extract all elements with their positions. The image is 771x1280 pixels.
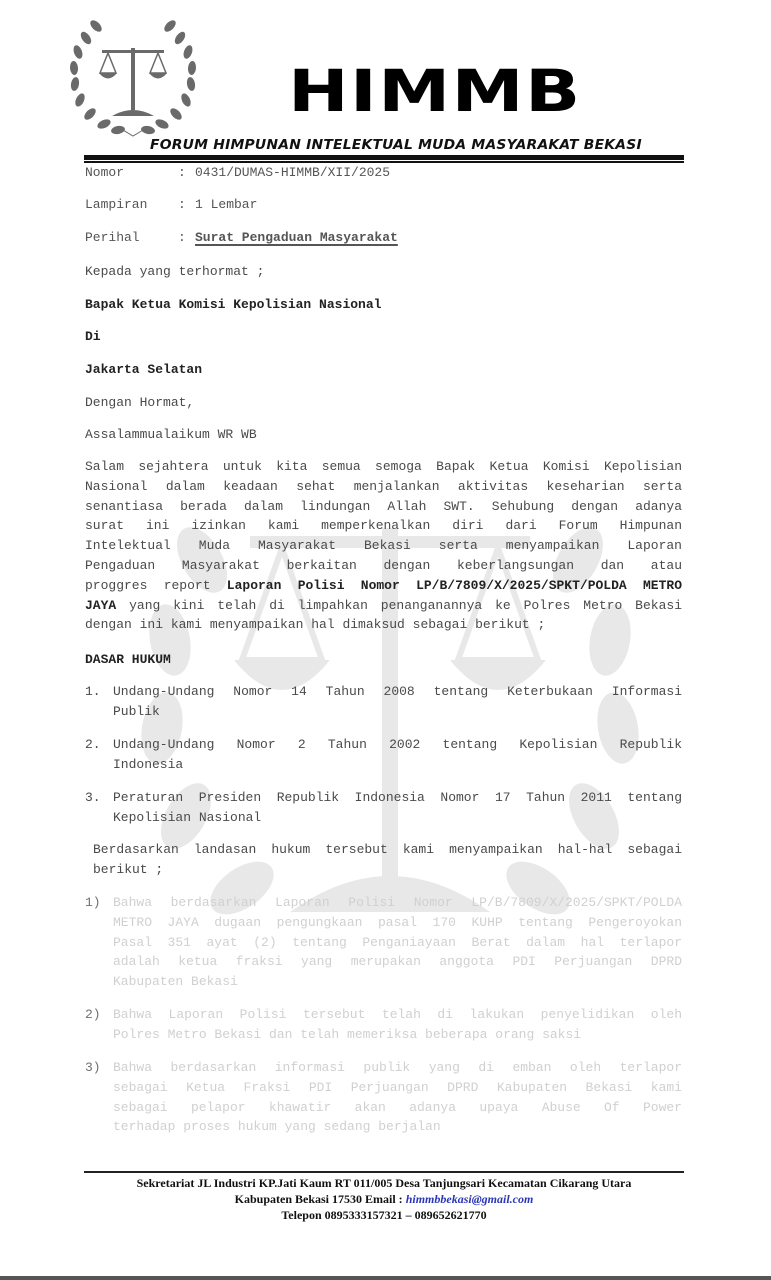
intro-line: Intelektual Muda Masyarakat Bekasi serta… bbox=[85, 536, 682, 556]
item-line: Peraturan Presiden Republik Indonesia No… bbox=[113, 788, 682, 808]
greeting-hormat: Dengan Hormat, bbox=[85, 393, 194, 413]
intro-line: dengan ini kami menyampaikan hal dimaksu… bbox=[85, 615, 682, 635]
intro-line: surat ini izinkan kami memperkenalkan di… bbox=[85, 516, 682, 536]
lampiran-colon: : bbox=[178, 197, 186, 212]
perihal-colon: : bbox=[178, 230, 186, 245]
letter-page: HIMMB FORUM HIMPUNAN INTELEKTUAL MUDA MA… bbox=[0, 0, 771, 1276]
item-number: 3. bbox=[85, 788, 101, 808]
intro-paragraph: Salam sejahtera untuk kita semua semoga … bbox=[85, 457, 682, 635]
transition-line: Berdasarkan landasan hukum tersebut kami… bbox=[93, 840, 682, 860]
nomor-label: Nomor bbox=[85, 165, 124, 180]
item-line: Undang-Undang Nomor 14 Tahun 2008 tentan… bbox=[113, 682, 682, 702]
point-line: Pasal 351 ayat (2) tentang Penganiayaan … bbox=[113, 933, 682, 953]
nomor-value: 0431/DUMAS-HIMMB/XII/2025 bbox=[195, 165, 390, 180]
footer-contact: Kabupaten Bekasi 17530 Email : himmbbeka… bbox=[84, 1191, 684, 1207]
point-line: Polres Metro Bekasi dan telah memeriksa … bbox=[113, 1025, 682, 1045]
item-line: Publik bbox=[113, 702, 682, 722]
salutation: Kepada yang terhormat ; bbox=[85, 262, 264, 282]
intro-line-report: proggres report Laporan Polisi Nomor LP/… bbox=[85, 576, 682, 596]
point-line: terhadap proses hukum yang sedang berjal… bbox=[113, 1117, 682, 1137]
nomor-colon: : bbox=[178, 165, 186, 180]
point-number: 3) bbox=[85, 1058, 101, 1078]
footer-phone: Telepon 0895333157321 – 089652621770 bbox=[84, 1207, 684, 1223]
intro-jaya-rest: yang kini telah di limpahkan penanganann… bbox=[116, 598, 682, 613]
perihal-value: Surat Pengaduan Masyarakat bbox=[195, 230, 398, 245]
police-report-number-end: JAYA bbox=[85, 598, 116, 613]
header-rule-thin bbox=[84, 161, 684, 163]
point-line: Kabupaten Bekasi bbox=[113, 972, 682, 992]
recipient-city: Jakarta Selatan bbox=[85, 360, 202, 380]
point-number: 2) bbox=[85, 1005, 101, 1025]
footer-rule bbox=[84, 1171, 684, 1173]
intro-line-jaya: JAYA yang kini telah di limpahkan penang… bbox=[85, 596, 682, 616]
intro-line: Salam sejahtera untuk kita semua semoga … bbox=[85, 457, 682, 477]
legal-basis-title: DASAR HUKUM bbox=[85, 650, 171, 670]
intro-line: Nasional dalam keadaan sehat menjalankan… bbox=[85, 477, 682, 497]
transition-line: berikut ; bbox=[93, 860, 682, 880]
point-number: 1) bbox=[85, 893, 101, 913]
footer-address-2: Kabupaten Bekasi 17530 Email : bbox=[235, 1192, 406, 1206]
point-line: Bahwa berdasarkan informasi publik yang … bbox=[113, 1058, 682, 1078]
header-rule-thick bbox=[84, 155, 684, 160]
organization-name: FORUM HIMPUNAN INTELEKTUAL MUDA MASYARAK… bbox=[150, 137, 642, 153]
point-line: sebagai Ketua Fraksi PDI Perjuangan DPRD… bbox=[113, 1078, 682, 1098]
point-line: METRO JAYA dugaan pengungkaan pasal 170 … bbox=[113, 913, 682, 933]
intro-report-prefix: proggres report bbox=[85, 578, 227, 593]
item-number: 1. bbox=[85, 682, 101, 702]
recipient-name: Bapak Ketua Komisi Kepolisian Nasional bbox=[85, 295, 381, 315]
lampiran-value: 1 Lembar bbox=[195, 197, 257, 212]
transition-paragraph: Berdasarkan landasan hukum tersebut kami… bbox=[93, 840, 682, 880]
brand-title: HIMMB bbox=[288, 62, 581, 120]
point-line: Bahwa Laporan Polisi tersebut telah di l… bbox=[113, 1005, 682, 1025]
email-link[interactable]: himmbbekasi@gmail.com bbox=[406, 1192, 534, 1206]
point-line: adalah ketua fraksi yang merupakan anggo… bbox=[113, 952, 682, 972]
intro-line: senantiasa berada dalam lindungan Allah … bbox=[85, 497, 682, 517]
screen-bottom-edge bbox=[0, 1276, 771, 1280]
recipient-di: Di bbox=[85, 327, 101, 347]
greeting-assalam: Assalammualaikum WR WB bbox=[85, 425, 257, 445]
perihal-label: Perihal bbox=[85, 230, 140, 245]
letterhead-footer: Sekretariat JL Industri KP.Jati Kaum RT … bbox=[84, 1175, 684, 1223]
intro-line: Pengaduan Masyarakat berkaitan dengan ke… bbox=[85, 556, 682, 576]
item-line: Kepolisian Nasional bbox=[113, 808, 682, 828]
point-line: Bahwa berdasarkan Laporan Polisi Nomor L… bbox=[113, 893, 682, 913]
item-number: 2. bbox=[85, 735, 101, 755]
lampiran-label: Lampiran bbox=[85, 197, 147, 212]
point-line: sebagai pelapor khawatir akan adanya upa… bbox=[113, 1098, 682, 1118]
item-line: Indonesia bbox=[113, 755, 682, 775]
police-report-number: Laporan Polisi Nomor LP/B/7809/X/2025/SP… bbox=[227, 578, 682, 593]
item-line: Undang-Undang Nomor 2 Tahun 2002 tentang… bbox=[113, 735, 682, 755]
footer-address: Sekretariat JL Industri KP.Jati Kaum RT … bbox=[84, 1175, 684, 1191]
scales-of-justice-wreath-icon bbox=[68, 18, 198, 138]
